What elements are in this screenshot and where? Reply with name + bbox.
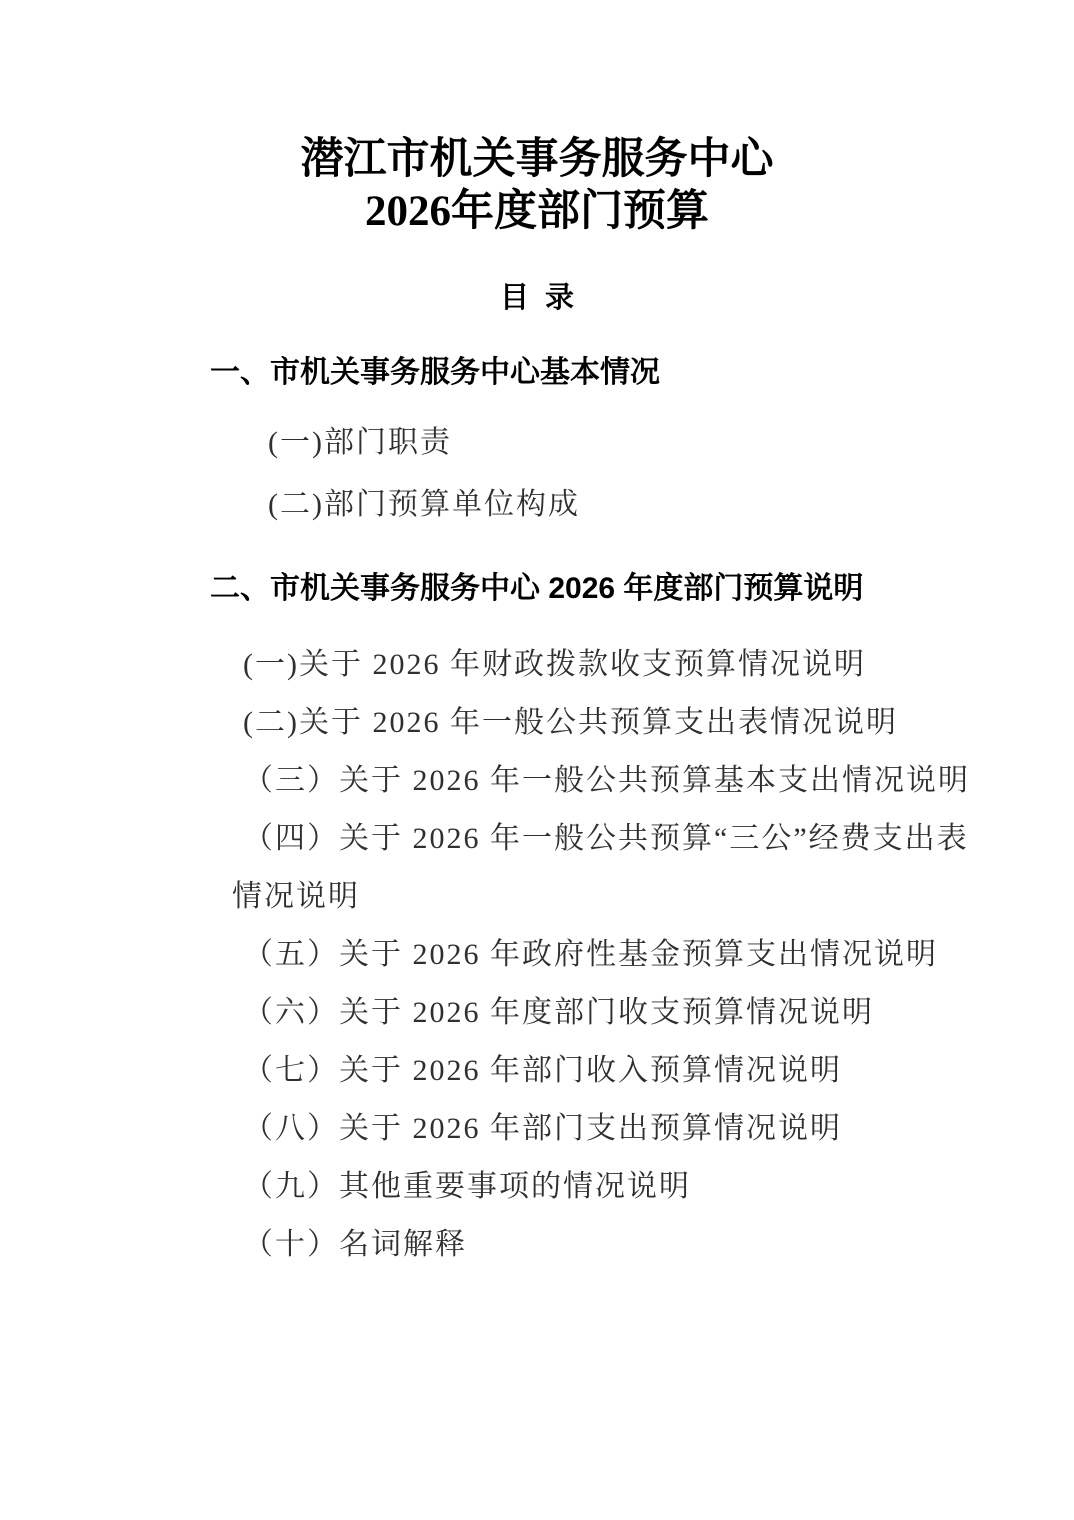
section-1-item-list: (一)部门职责 (二)部门预算单位构成 xyxy=(0,412,1074,536)
section-2-heading: 二、市机关事务服务中心 2026 年度部门预算说明 xyxy=(210,572,1014,606)
budget-document-page: 潜江市机关事务服务中心 2026年度部门预算 目 录 一、市机关事务服务中心基本… xyxy=(0,0,1074,1520)
section-2-item-list: (一)关于 2026 年财政拨款收支预算情况说明 (二)关于 2026 年一般公… xyxy=(0,636,1074,1274)
toc-heading: 目 录 xyxy=(0,282,1074,314)
section-1-heading: 一、市机关事务服务中心基本情况 xyxy=(210,356,1014,390)
document-title-line2: 2026年度部门预算 xyxy=(0,186,1074,238)
toc-item: (二)关于 2026 年一般公共预算支出表情况说明 xyxy=(232,694,1014,752)
toc-item: (一)关于 2026 年财政拨款收支预算情况说明 xyxy=(232,636,1014,694)
toc-item: （五）关于 2026 年政府性基金预算支出情况说明 xyxy=(232,926,1014,984)
document-title: 潜江市机关事务服务中心 2026年度部门预算 xyxy=(0,0,1074,238)
toc-item: (二)部门预算单位构成 xyxy=(268,474,1014,536)
toc-item: （八）关于 2026 年部门支出预算情况说明 xyxy=(232,1100,1014,1158)
toc-item: （九）其他重要事项的情况说明 xyxy=(232,1158,1014,1216)
toc-item: （六）关于 2026 年度部门收支预算情况说明 xyxy=(232,984,1014,1042)
toc-item: （七）关于 2026 年部门收入预算情况说明 xyxy=(232,1042,1014,1100)
toc-item: （十）名词解释 xyxy=(232,1216,1014,1274)
document-title-line1: 潜江市机关事务服务中心 xyxy=(0,134,1074,186)
toc-item: （四）关于 2026 年一般公共预算“三公”经费支出表 情况说明 xyxy=(232,810,1014,926)
toc-item: （三）关于 2026 年一般公共预算基本支出情况说明 xyxy=(232,752,1014,810)
toc-item: (一)部门职责 xyxy=(268,412,1014,474)
